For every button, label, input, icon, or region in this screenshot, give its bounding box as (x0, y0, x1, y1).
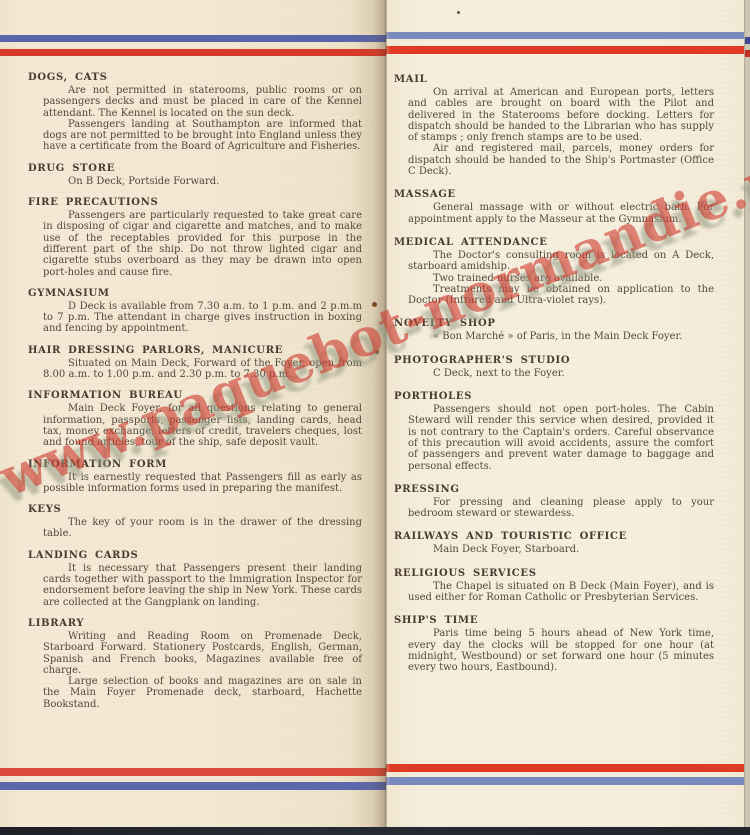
section-paragraph: C Deck, next to the Foyer. (408, 368, 714, 379)
booklet-section: LANDING CARDSIt is necessary that Passen… (28, 550, 362, 608)
section-paragraph: Writing and Reading Room on Promenade De… (43, 631, 362, 676)
scan-bottom-edge (0, 827, 750, 835)
booklet-section: PHOTOGRAPHER'S STUDIOC Deck, next to the… (394, 355, 714, 379)
section-heading: RELIGIOUS SERVICES (394, 568, 714, 579)
left-column-sections: DOGS, CATSAre not permitted in stateroom… (28, 72, 362, 710)
booklet-section: PORTHOLESPassengers should not open port… (394, 391, 714, 472)
section-paragraph: On B Deck, Portside Forward. (43, 176, 362, 187)
section-paragraph: D Deck is available from 7.30 a.m. to 1 … (43, 301, 362, 335)
booklet-section: DRUG STOREOn B Deck, Portside Forward. (28, 163, 362, 187)
section-paragraph: Main Deck Foyer, Starboard. (408, 544, 714, 555)
bottom-red-stripe-right (386, 764, 744, 772)
booklet-section: FIRE PRECAUTIONSPassengers are particula… (28, 197, 362, 278)
section-heading: PORTHOLES (394, 391, 714, 402)
section-heading: HAIR DRESSING PARLORS, MANICURE (28, 345, 362, 356)
section-heading: INFORMATION BUREAU (28, 390, 362, 401)
top-blue-stripe-left (0, 35, 386, 42)
top-blue-stripe-right (386, 32, 744, 39)
section-paragraph: The key of your room is in the drawer of… (43, 517, 362, 540)
section-paragraph: Air and registered mail, parcels, money … (408, 143, 714, 177)
section-paragraph: The Doctor's consulting room is located … (408, 250, 714, 273)
section-paragraph: Paris time being 5 hours ahead of New Yo… (408, 628, 714, 673)
bottom-blue-stripe-left (0, 782, 386, 790)
section-heading: MASSAGE (394, 189, 714, 200)
section-heading: GYMNASIUM (28, 288, 362, 299)
scan-right-page-edge (744, 0, 750, 827)
section-paragraph: For pressing and cleaning please apply t… (408, 497, 714, 520)
bottom-blue-stripe-right (386, 777, 744, 785)
section-heading: LIBRARY (28, 618, 362, 629)
edge-red-stripe-fragment (745, 50, 750, 57)
section-paragraph: On arrival at American and European port… (408, 87, 714, 143)
section-paragraph: It is necessary that Passengers present … (43, 563, 362, 608)
section-paragraph: Main Deck Foyer, for all questions relat… (43, 403, 362, 448)
section-heading: MEDICAL ATTENDANCE (394, 237, 714, 248)
booklet-section: PRESSINGFor pressing and cleaning please… (394, 484, 714, 520)
booklet-section: SHIP'S TIMEParis time being 5 hours ahea… (394, 615, 714, 673)
booklet-section: DOGS, CATSAre not permitted in stateroom… (28, 72, 362, 153)
top-red-stripe-left (0, 49, 386, 56)
booklet-section: MEDICAL ATTENDANCEThe Doctor's consultin… (394, 237, 714, 306)
section-heading: NOVELTY SHOP (394, 318, 714, 329)
top-red-stripe-right (386, 46, 744, 54)
bottom-red-stripe-left (0, 768, 386, 776)
section-heading: DRUG STORE (28, 163, 362, 174)
section-paragraph: General massage with or without electric… (408, 202, 714, 225)
section-heading: MAIL (394, 74, 714, 85)
section-heading: RAILWAYS AND TOURISTIC OFFICE (394, 531, 714, 542)
section-paragraph: It is earnestly requested that Passenger… (43, 472, 362, 495)
booklet-section: MASSAGEGeneral massage with or without e… (394, 189, 714, 225)
booklet-section: KEYSThe key of your room is in the drawe… (28, 504, 362, 540)
booklet-section: NOVELTY SHOP« Bon Marché » of Paris, in … (394, 318, 714, 342)
section-heading: SHIP'S TIME (394, 615, 714, 626)
booklet-section: INFORMATION FORMIt is earnestly requeste… (28, 459, 362, 495)
booklet-section: HAIR DRESSING PARLORS, MANICURESituated … (28, 345, 362, 381)
section-heading: KEYS (28, 504, 362, 515)
section-heading: PHOTOGRAPHER'S STUDIO (394, 355, 714, 366)
section-paragraph: Are not permitted in staterooms, public … (43, 85, 362, 119)
section-paragraph: Passengers should not open port-holes. T… (408, 404, 714, 472)
section-paragraph: Two trained nurses are available. (408, 273, 714, 284)
section-paragraph: Passengers are particularly requested to… (43, 210, 362, 278)
section-paragraph: « Bon Marché » of Paris, in the Main Dec… (408, 331, 714, 342)
booklet-section: LIBRARYWriting and Reading Room on Prome… (28, 618, 362, 710)
booklet-section: RAILWAYS AND TOURISTIC OFFICEMain Deck F… (394, 531, 714, 555)
right-column-sections: MAILOn arrival at American and European … (394, 74, 714, 674)
booklet-section: MAILOn arrival at American and European … (394, 74, 714, 177)
section-heading: INFORMATION FORM (28, 459, 362, 470)
section-paragraph: Passengers landing at Southampton are in… (43, 119, 362, 153)
section-paragraph: Situated on Main Deck, Forward of the Fo… (43, 358, 362, 381)
scanned-booklet-spread: DOGS, CATSAre not permitted in stateroom… (0, 0, 750, 835)
section-heading: DOGS, CATS (28, 72, 362, 83)
section-heading: PRESSING (394, 484, 714, 495)
section-heading: FIRE PRECAUTIONS (28, 197, 362, 208)
section-paragraph: The Chapel is situated on B Deck (Main F… (408, 581, 714, 604)
section-paragraph: Treatments may be obtained on applicatio… (408, 284, 714, 307)
edge-blue-stripe-fragment (745, 37, 750, 44)
booklet-section: GYMNASIUMD Deck is available from 7.30 a… (28, 288, 362, 335)
section-paragraph: Large selection of books and magazines a… (43, 676, 362, 710)
booklet-section: RELIGIOUS SERVICESThe Chapel is situated… (394, 568, 714, 604)
section-heading: LANDING CARDS (28, 550, 362, 561)
booklet-section: INFORMATION BUREAUMain Deck Foyer, for a… (28, 390, 362, 448)
